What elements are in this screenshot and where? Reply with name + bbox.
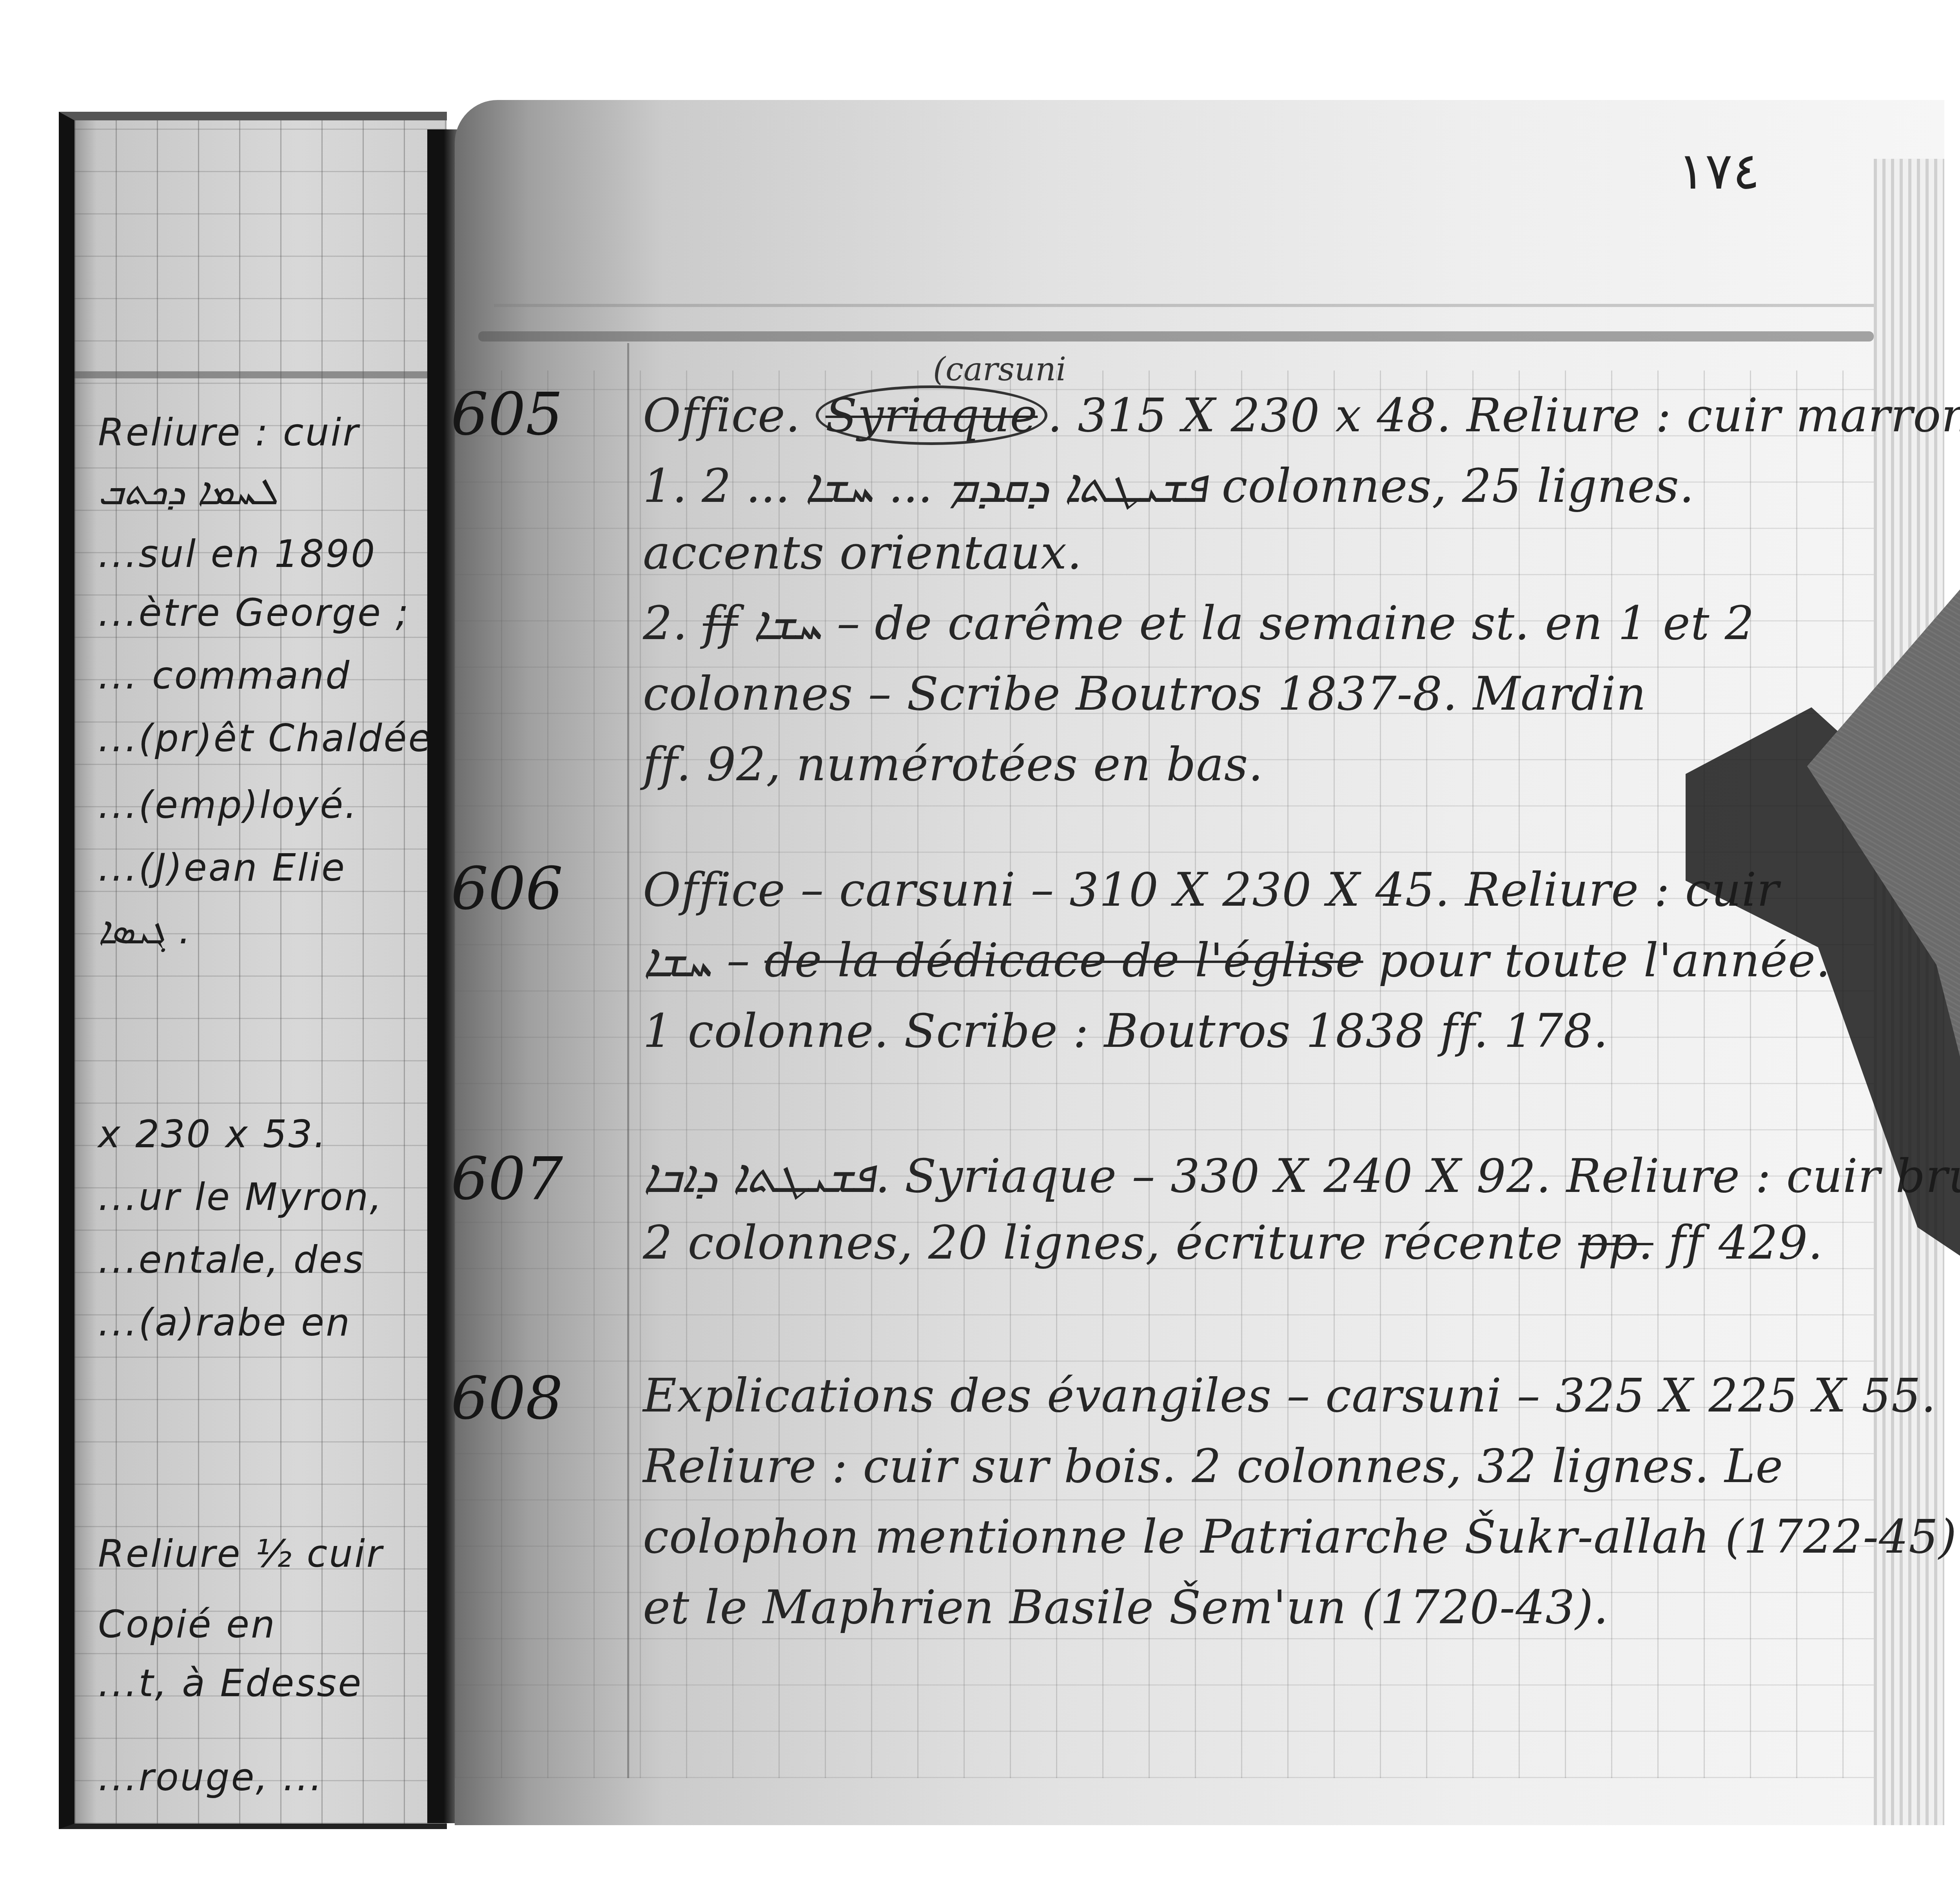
entry-line: ܦܫܝܛܬܐ ܕܐܒܐ. Syriaque – 330 X 240 X 92. …: [643, 1149, 1960, 1204]
left-line: ܠܚܡܐ ܕܟܬܒ: [98, 469, 278, 514]
text: ܚܫܐ –: [643, 933, 764, 987]
header-rule-thin: [494, 304, 1874, 307]
text: ܚܫܐ – de carême et la semaine st. en 1 e…: [738, 596, 1754, 650]
left-page-fragment: Reliure : cuir ܠܚܡܐ ܕܟܬܒ ...sul en 1890 …: [59, 112, 447, 1829]
entry-line: 1. ܦܫܝܛܬܐ ܕܩܕܡ ... ܚܫܐ ... 2 colonnes, 2…: [643, 459, 1694, 514]
text: 2 colonnes, 20 lignes, écriture récente: [643, 1215, 1578, 1270]
entry-number: 605: [451, 380, 563, 449]
entry-line: Office – carsuni – 310 X 230 X 45. Reliu…: [643, 863, 1779, 917]
entry-line: ܚܫܐ – de la dédicace de l'église pour to…: [643, 933, 1831, 988]
left-line: ...(a)rabe en: [98, 1301, 351, 1344]
number-column-rule: [627, 343, 629, 1778]
entry-line: colonnes – Scribe Boutros 1837-8. Mardin: [643, 667, 1646, 721]
entry-line: Explications des évangiles – carsuni – 3…: [643, 1368, 1936, 1422]
left-line: Copié en: [98, 1602, 276, 1646]
left-line: x 230 x 53.: [98, 1112, 327, 1156]
left-line: Reliure : cuir: [98, 411, 360, 454]
entry-line: 2. ff ܚܫܐ – de carême et la semaine st. …: [643, 596, 1755, 651]
text: ff 429.: [1653, 1215, 1823, 1270]
left-line: ...sul en 1890: [98, 532, 376, 576]
entry-line: accents orientaux.: [643, 525, 1082, 579]
entry-line: Reliure : cuir sur bois. 2 colonnes, 32 …: [643, 1439, 1783, 1493]
left-line: ...(emp)loyé.: [98, 783, 358, 827]
entry-line: 1 colonne. Scribe : Boutros 1838 ff. 178…: [643, 1004, 1608, 1058]
struck-text: pp.: [1578, 1215, 1653, 1270]
struck-text: de la dédicace de l'église: [764, 933, 1363, 987]
left-line: ...entale, des: [98, 1238, 365, 1282]
struck-text: ff: [703, 596, 738, 650]
left-line: ...ètre George ;: [98, 591, 410, 635]
entry-number: 606: [451, 855, 563, 923]
left-line: ...rouge, ...: [98, 1755, 323, 1799]
left-line: ܓܝܣܐ .: [98, 908, 191, 953]
left-line: ...(pr)êt Chaldéen: [98, 716, 458, 760]
entry-line: colophon mentionne le Patriarche Šukr-al…: [643, 1510, 1957, 1564]
entry-number: 608: [451, 1364, 563, 1433]
text: pour toute l'année.: [1363, 933, 1831, 987]
struck-text: Syriaque: [816, 385, 1047, 445]
entry-line: 2 colonnes, 20 lignes, écriture récente …: [643, 1215, 1823, 1270]
text: Office.: [643, 388, 816, 442]
left-line: ... command: [98, 654, 351, 698]
left-line: ...ur le Myron,: [98, 1175, 383, 1219]
text: . 315 X 230 x 48. Reliure : cuir marron.: [1047, 388, 1960, 442]
left-line: Reliure ½ cuir: [98, 1532, 383, 1576]
text: 2.: [643, 596, 703, 650]
left-line: ...t, à Edesse: [98, 1661, 363, 1705]
entry-line: ff. 92, numérotées en bas.: [643, 737, 1263, 791]
entry-line: Office. Syriaque. 315 X 230 x 48. Reliur…: [643, 388, 1960, 442]
entry-annotation: (carsuni: [933, 351, 1066, 388]
left-page-header-rule: [74, 371, 447, 378]
page-number: ١٧٤: [1678, 141, 1760, 201]
header-rule: [478, 331, 1874, 342]
entry-line: et le Maphrien Basile Šem'un (1720-43).: [643, 1580, 1609, 1634]
ledger-grid: [455, 371, 1874, 1778]
left-line: ...(J)ean Elie: [98, 846, 346, 890]
entry-number: 607: [451, 1145, 563, 1213]
